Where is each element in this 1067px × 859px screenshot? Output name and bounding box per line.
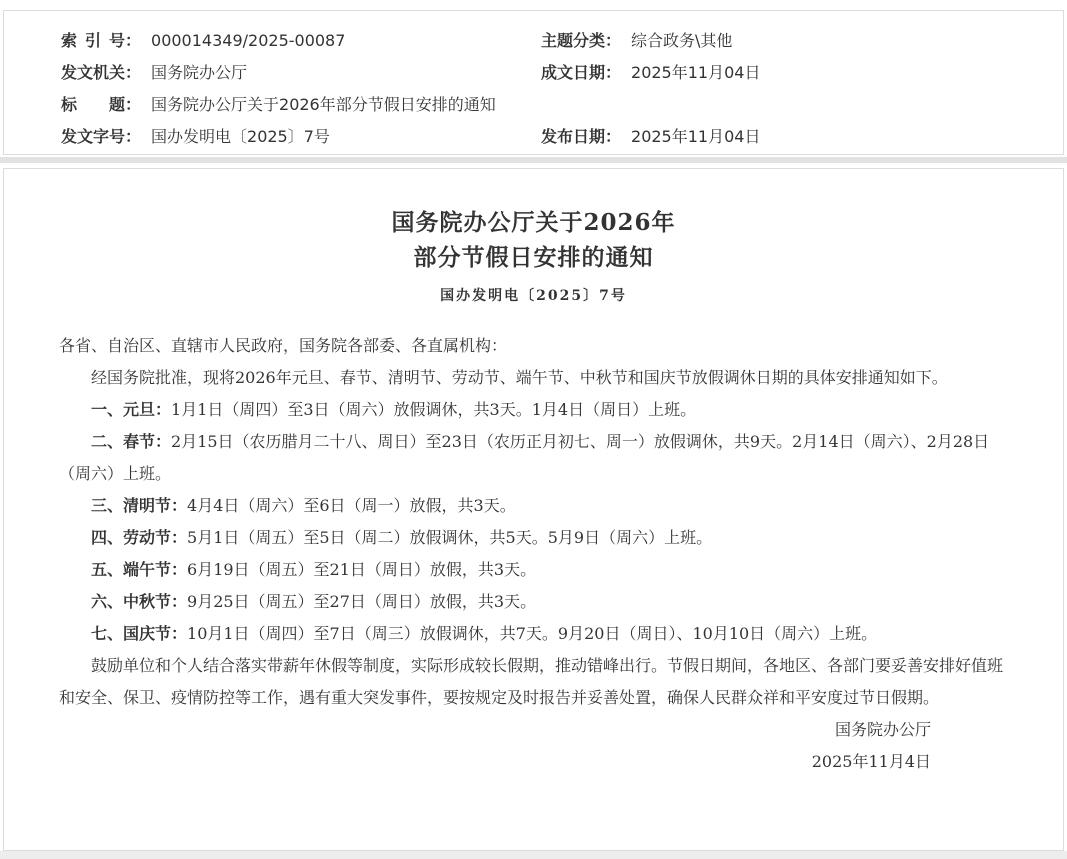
meta-row-empty <box>541 89 1043 121</box>
document-body: 各省、自治区、直辖市人民政府，国务院各部委、各直属机构： 经国务院批准，现将20… <box>59 330 1008 778</box>
intro-paragraph: 经国务院批准，现将2026年元旦、春节、清明节、劳动节、端午节、中秋节和国庆节放… <box>59 362 1008 394</box>
holiday-item-labor-day: 四、劳动节：5月1日（周五）至5日（周二）放假调休，共5天。5月9日（周六）上班… <box>59 522 1008 554</box>
meta-row-written-date: 成文日期：2025年11月04日 <box>541 57 1043 89</box>
field-label: 索引号： <box>61 31 141 50</box>
field-value: 2025年11月04日 <box>631 63 760 82</box>
holiday-item-text: 9月25日（周五）至27日（周日）放假，共3天。 <box>187 592 536 611</box>
holiday-item-lead: 二、春节： <box>91 432 171 451</box>
holiday-item-lead: 一、元旦： <box>91 400 171 419</box>
field-label: 标题： <box>61 95 141 114</box>
document-number: 国办发明电〔2025〕7号 <box>59 285 1008 307</box>
holiday-item-lead: 四、劳动节： <box>91 528 187 547</box>
holiday-item-new-year: 一、元旦：1月1日（周四）至3日（周六）放假调休，共3天。1月4日（周日）上班。 <box>59 394 1008 426</box>
document-title-line2: 部分节假日安排的通知 <box>59 240 1008 275</box>
field-label: 发文字号： <box>61 127 141 146</box>
field-value: 000014349/2025-00087 <box>151 31 345 50</box>
closing-paragraph: 鼓励单位和个人结合落实带薪年休假等制度，实际形成较长假期，推动错峰出行。节假日期… <box>59 650 1008 714</box>
meta-row-publish-date: 发布日期：2025年11月04日 <box>541 121 1043 153</box>
holiday-item-text: 10月1日（周四）至7日（周三）放假调休，共7天。9月20日（周日）、10月10… <box>187 624 877 643</box>
holiday-item-lead: 六、中秋节： <box>91 592 187 611</box>
holiday-item-text: 4月4日（周六）至6日（周一）放假，共3天。 <box>187 496 516 515</box>
holiday-item-dragon-boat: 五、端午节：6月19日（周五）至21日（周日）放假，共3天。 <box>59 554 1008 586</box>
field-label: 成文日期： <box>541 63 621 82</box>
holiday-item-lead: 三、清明节： <box>91 496 187 515</box>
holiday-item-lead: 七、国庆节： <box>91 624 187 643</box>
meta-row-issuing-agency: 发文机关：国务院办公厅 <box>61 57 541 89</box>
bottom-strip <box>0 851 1067 859</box>
holiday-item-text: 1月1日（周四）至3日（周六）放假调休，共3天。1月4日（周日）上班。 <box>171 400 696 419</box>
signature-block: 国务院办公厅 2025年11月4日 <box>59 714 1008 778</box>
page: 索引号：000014349/2025-00087 主题分类：综合政务\其他 发文… <box>0 0 1067 859</box>
document-title: 国务院办公厅关于2026年 部分节假日安排的通知 <box>59 205 1008 275</box>
field-value: 国办发明电〔2025〕7号 <box>151 127 330 146</box>
meta-row-title: 标题：国务院办公厅关于2026年部分节假日安排的通知 <box>61 89 541 121</box>
holiday-item-text: 5月1日（周五）至5日（周二）放假调休，共5天。5月9日（周六）上班。 <box>187 528 712 547</box>
holiday-item-lead: 五、端午节： <box>91 560 187 579</box>
field-value: 综合政务\其他 <box>631 31 732 50</box>
holiday-item-text: 6月19日（周五）至21日（周日）放假，共3天。 <box>187 560 536 579</box>
meta-row-subject-category: 主题分类：综合政务\其他 <box>541 25 1043 57</box>
field-label: 发布日期： <box>541 127 621 146</box>
meta-row-document-number: 发文字号：国办发明电〔2025〕7号 <box>61 121 541 153</box>
field-value: 国务院办公厅关于2026年部分节假日安排的通知 <box>151 95 496 114</box>
field-label: 发文机关： <box>61 63 141 82</box>
holiday-item-qingming: 三、清明节：4月4日（周六）至6日（周一）放假，共3天。 <box>59 490 1008 522</box>
holiday-item-mid-autumn: 六、中秋节：9月25日（周五）至27日（周日）放假，共3天。 <box>59 586 1008 618</box>
signature-signer: 国务院办公厅 <box>59 714 931 746</box>
document-title-line1: 国务院办公厅关于2026年 <box>59 205 1008 240</box>
metadata-panel: 索引号：000014349/2025-00087 主题分类：综合政务\其他 发文… <box>3 10 1064 155</box>
signature-date: 2025年11月4日 <box>59 746 931 778</box>
metadata-grid: 索引号：000014349/2025-00087 主题分类：综合政务\其他 发文… <box>61 25 1043 153</box>
field-label: 主题分类： <box>541 31 621 50</box>
holiday-item-text: 2月15日（农历腊月二十八、周日）至23日（农历正月初七、周一）放假调休，共9天… <box>59 432 989 483</box>
holiday-item-spring-festival: 二、春节：2月15日（农历腊月二十八、周日）至23日（农历正月初七、周一）放假调… <box>59 426 1008 490</box>
holiday-item-national-day: 七、国庆节：10月1日（周四）至7日（周三）放假调休，共7天。9月20日（周日）… <box>59 618 1008 650</box>
meta-row-index-number: 索引号：000014349/2025-00087 <box>61 25 541 57</box>
field-value: 国务院办公厅 <box>151 63 247 82</box>
field-value: 2025年11月04日 <box>631 127 760 146</box>
document-panel: 国务院办公厅关于2026年 部分节假日安排的通知 国办发明电〔2025〕7号 各… <box>3 168 1064 851</box>
salutation: 各省、自治区、直辖市人民政府，国务院各部委、各直属机构： <box>59 330 1008 362</box>
panel-separator <box>0 157 1067 163</box>
